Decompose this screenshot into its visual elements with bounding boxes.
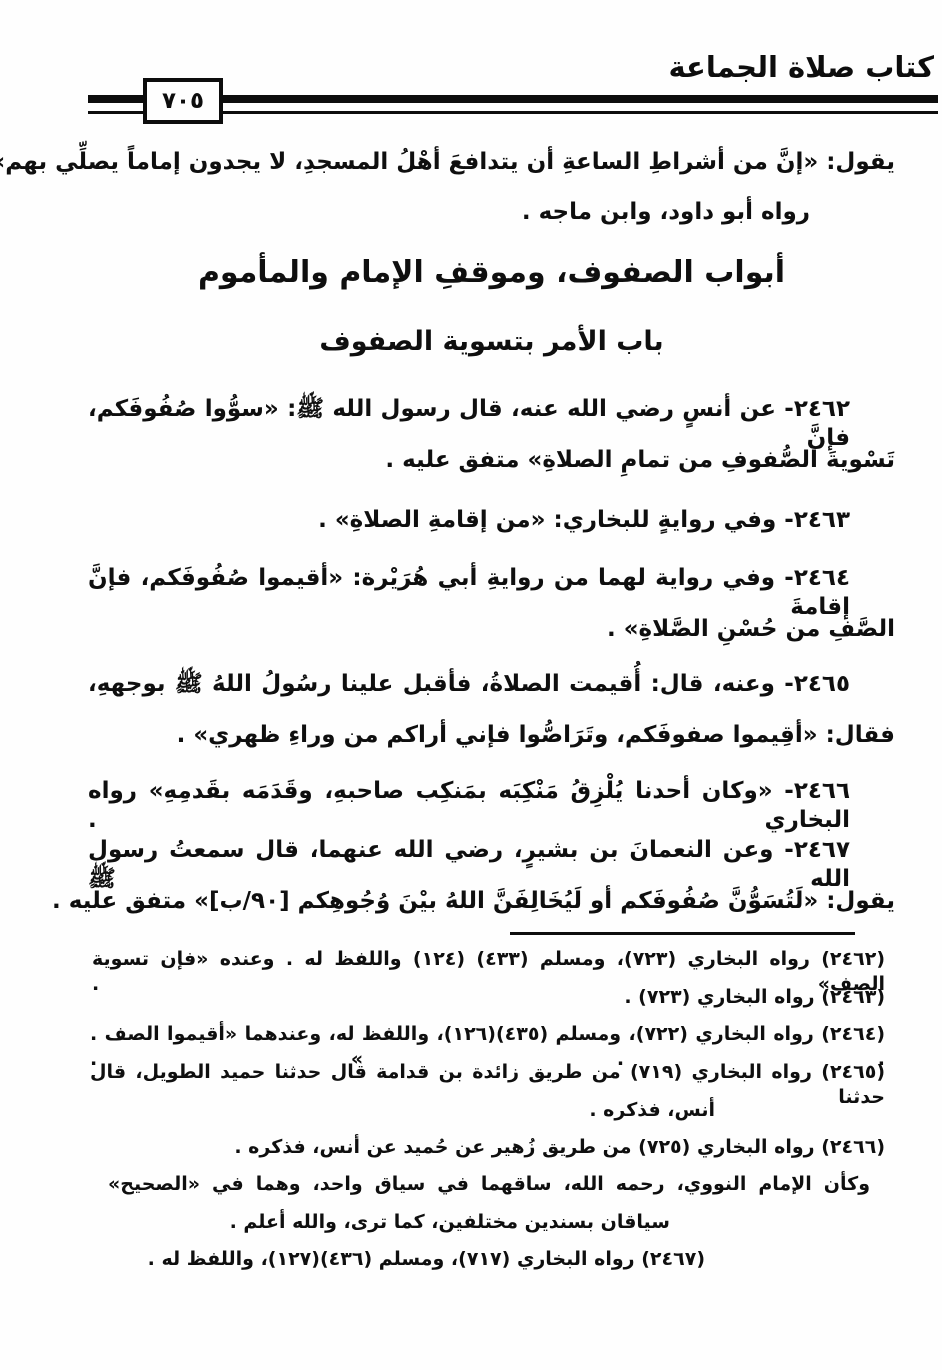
section-heading: أبواب الصفوف، وموقفِ الإمام والمأموم xyxy=(88,254,895,292)
hadith-2464-line-2: الصَّفِ من حُسْنِ الصَّلاةِ» . xyxy=(607,615,895,644)
hadith-2465-line-2: فقال: «أقِيموا صفوفَكم، وتَرَاصُّوا فإني… xyxy=(177,721,895,750)
footnote-2467: (٢٤٦٧) رواه البخاري (٧١٧)، ومسلم (٤٣٦)(١… xyxy=(148,1247,705,1272)
hadith-2462-line-2: تَسْويةَ الصُّفوفِ من تمامِ الصلاةِ» متف… xyxy=(385,446,895,475)
intro-line-2: رواه أبو داود، وابن ماجه . xyxy=(522,198,810,227)
footnote-2465-line-1: (٢٤٦٥) رواه البخاري (٧١٩) من طريق زائدة … xyxy=(90,1060,885,1109)
footnote-2466-line-2: وكأن الإمام النووي، رحمه الله، ساقهما في… xyxy=(108,1172,870,1197)
hadith-2466-line-1: ٢٤٦٦- «وكان أحدنا يُلْزِقُ مَنْكِبَه بمَ… xyxy=(88,777,850,835)
hadith-2464-line-1: ٢٤٦٤- وفي رواية لهما من روايةِ أبي هُرَي… xyxy=(88,564,850,622)
footnote-2463: (٢٤٦٣) رواه البخاري (٧٢٣) . xyxy=(624,985,885,1010)
hadith-2467-line-2: يقول: «لَتُسَوُّنَّ صُفُوفَكم أو لَيُخَا… xyxy=(52,887,895,916)
intro-line-1: يقول: «إنَّ من أشراطِ الساعةِ أن يتدافعَ… xyxy=(0,148,895,177)
hadith-2463-line-1: ٢٤٦٣- وفي روايةٍ للبخاري: «من إقامةِ الص… xyxy=(318,506,850,535)
page-number: ٧٠٥ xyxy=(162,88,204,114)
footnote-2466-line-1: (٢٤٦٦) رواه البخاري (٧٢٥) من طريق زُهير … xyxy=(234,1135,885,1160)
footnote-2466-line-3: سياقان بسندين مختلفين، كما ترى، والله أع… xyxy=(230,1210,670,1235)
chapter-heading: باب الأمر بتسوية الصفوف xyxy=(88,325,895,359)
hadith-2462-line-1: ٢٤٦٢- عن أنسٍ رضي الله عنه، قال رسول الل… xyxy=(88,395,850,453)
book-page: كتاب صلاة الجماعة ٧٠٥ يقول: «إنَّ من أشر… xyxy=(0,0,942,1370)
hadith-2467-line-1: ٢٤٦٧- وعن النعمانَ بن بشيرٍ، رضي الله عن… xyxy=(88,836,850,894)
footnote-separator xyxy=(510,932,855,935)
footnote-2465-line-2: أنس، فذكره . xyxy=(589,1098,715,1123)
hadith-2465-line-1: ٢٤٦٥- وعنه، قال: أُقيمت الصلاةُ، فأقبل ع… xyxy=(88,670,850,699)
page-number-box: ٧٠٥ xyxy=(143,78,223,124)
